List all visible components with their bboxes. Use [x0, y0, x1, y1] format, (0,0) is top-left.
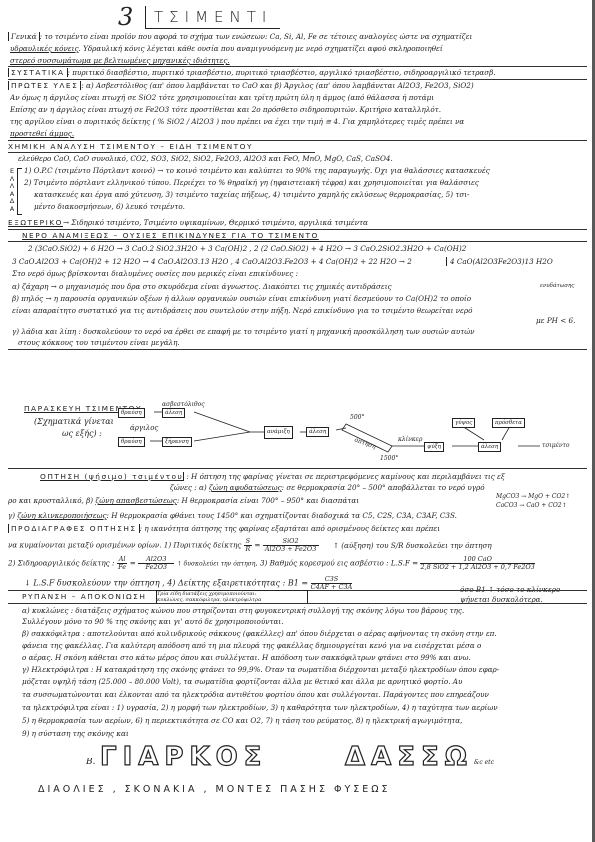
pollution-item-bag-filters-2: φάνεια της φακέλλας. Για καλύτερη απόδοσ… — [22, 641, 588, 650]
pollution-item-electrofilters: γ) Ηλεκτρόφιλτρα : Η κατακράτηση της σκό… — [22, 665, 588, 674]
b1-formula: C3SC4AF + C3A — [311, 576, 353, 591]
diagram-node-final-grinding: άλεση — [478, 442, 501, 452]
signature-second: ΔΑΣΣΩ — [345, 742, 473, 772]
diagram-node-crushing-1: θραύση — [118, 408, 145, 418]
pollution-item-factors-1: τα ηλεκτρόφιλτρα είναι : 1) υγρασία, 2) … — [22, 703, 588, 712]
pollution-devices-box: Τρία είδη διατάξεις χρησιμοποιούνται: κυ… — [156, 590, 308, 604]
diagram-clay-label: άργιλος — [130, 424, 158, 432]
lsf-formula: 100 CaO2,8 SiO2 + 1,2 Al2O3 + 0,7 Fe2O3 — [420, 556, 534, 571]
diagram-node-crushing-2: θραύση — [118, 437, 145, 447]
signature-tail: &c etc — [474, 758, 494, 767]
pollution-heading: ΡΥΠΑΝΣΗ – ΑΠΟΚΟΝΙΩΣΗ — [22, 592, 152, 601]
pollution-item-factors-3: 9) η σύσταση της σκόνης και — [22, 729, 322, 738]
zone-clinkering: ζώνη κλινκεροποιήσεως — [17, 511, 106, 520]
diagram-kiln-exit-temp: 1500° — [380, 455, 398, 462]
firing-line-4: γ) ζώνη κλινκεροποιήσεως: Η θερμοκρασία … — [8, 511, 588, 520]
pollution-item-electrofilters-3: τα συσσωματώνονται και έλκονται από τα η… — [22, 690, 588, 699]
firing-line-2: ζώνες : α) ζώνη αφυδατώσεως: σε θερμοκρα… — [170, 483, 588, 492]
footer-line: ΔΙΑΟΛΙΕΣ , ΣΚΟΝΑΚΙΑ , ΜΟΝΤΕΣ ΠΑΣΗΣ ΦΥΣΕΩ… — [38, 784, 391, 795]
diagram-product-label: τσιμέντο — [542, 442, 569, 449]
zone-decarbonation: ζώνη απασβεστώσεως — [95, 496, 176, 505]
signature-name: ΓΙΑΡΚΟΣ — [100, 742, 267, 772]
specs-line-1: ΠΡΟΔΙΑΓΡΑΦΕΣ ΟΠΤΗΣΗΣ: η ικανότητα όπτηση… — [8, 524, 588, 533]
diagram-node-milling: άλεση — [306, 427, 329, 437]
pollution-item-cyclones: α) κυκλώνες : διατάξεις σχήματος κώνου π… — [22, 606, 588, 615]
pollution-item-bag-filters: β) σακκόφιλτρα : αποτελούνται από κυλινδ… — [22, 629, 588, 638]
pollution-item-electrofilters-2: μόζεται υψηλή τάση (25.000 – 80.000 Volt… — [22, 677, 588, 686]
firing-label: ΟΠΤΗΣΗ (ψήσιμο) τσιμέντου — [40, 472, 183, 481]
b1-note: όσο B1 ↑ τόσο το κλίνκερο ψήνεται δυσκολ… — [460, 585, 588, 605]
specs-line-2: να κυμαίνονται μεταξύ ορισμένων ορίων. 1… — [8, 538, 588, 553]
diagram-limestone-label: ασβεστόλιθος — [162, 401, 205, 408]
alumina-iron-ratio-symbolic: AlFe — [117, 556, 128, 571]
firing-line-3: ρο και κρυσταλλικό, β) ζώνη απασβεστώσεω… — [8, 496, 468, 505]
signature-prefix: Β. — [86, 758, 95, 767]
diagram-node-grinding-1: άλεση — [162, 408, 185, 418]
specs-label: ΠΡΟΔΙΑΓΡΑΦΕΣ ΟΠΤΗΣΗΣ — [8, 524, 140, 533]
diagram-node-cooling: ψύξη — [424, 442, 444, 452]
firing-line-1: ΟΠΤΗΣΗ (ψήσιμο) τσιμέντου: Η όπτηση της … — [40, 472, 588, 481]
document-page: 3 ΤΣΙΜΕΝΤΙ Γενικά: το τσιμέντο είναι προ… — [0, 0, 595, 842]
pollution-item-cyclones-2: Συλλέγουν μόνο το 90 % της σκόνης και γι… — [22, 617, 588, 626]
alumina-iron-ratio-formula: Al2O3Fe2O3 — [138, 556, 174, 571]
diagram-clinker-label: κλίνκερ — [398, 436, 422, 443]
diagram-node-mixing: ανάμιξη — [264, 426, 293, 439]
pollution-item-factors-2: 5) η θερμοκρασία των αερίων, 6) η περιεκ… — [22, 716, 588, 725]
diagram-kiln-entry-temp: 500° — [350, 414, 364, 421]
pollution-item-bag-filters-3: ο αέρας. Η σκόνη κάθεται στο κάτω μέρος … — [22, 653, 588, 662]
reaction-magnesium: MgCO3 → MgO + CO2↑ — [496, 492, 588, 501]
diagram-node-drying: ξήρανση — [162, 437, 192, 447]
diagram-node-gypsum: γύψος — [452, 418, 475, 428]
silica-ratio-symbolic: SR — [244, 538, 252, 553]
diagram-node-additives: πρόσθετα — [492, 418, 525, 428]
reaction-calcium: CaCO3 → CaO + CO2↑ — [496, 501, 588, 510]
zone-dehydration: ζώνη αφυδατώσεως — [209, 483, 282, 492]
silica-ratio-formula: SiO2Al2O3 + Fe2O3 — [263, 538, 319, 553]
specs-line-3: 2) Σιδηροαργιλικός δείκτης : AlFe = Al2O… — [8, 556, 588, 571]
